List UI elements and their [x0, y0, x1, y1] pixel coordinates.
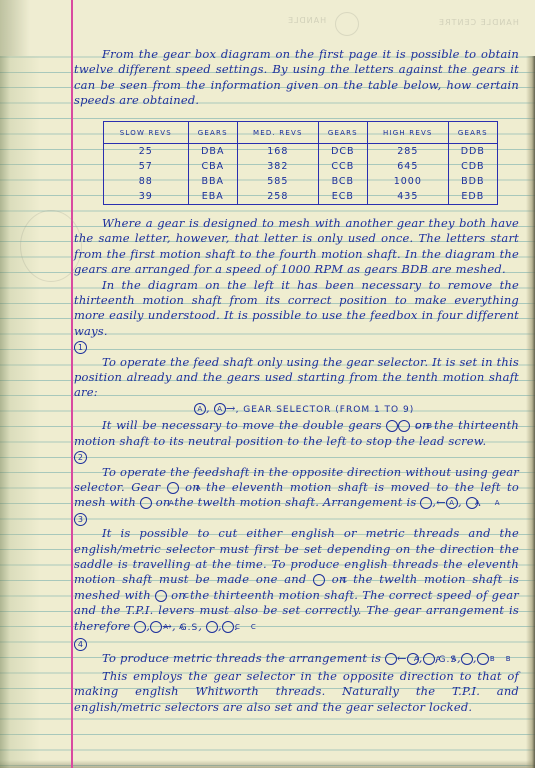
col-med-revs: MED. REVS [237, 122, 318, 144]
show-through-label-left: HANDLE [287, 16, 326, 25]
gear-c-circle: C [206, 621, 218, 633]
show-through-handle-drawing [335, 12, 359, 36]
notebook-page: HANDLE HANDLE CENTRE From the gear box d… [0, 0, 535, 768]
section-3: 3 It is possible to cut either english o… [74, 511, 519, 636]
col-high-revs: HIGH REVS [368, 122, 449, 144]
speed-gear-table: SLOW REVS GEARS MED. REVS GEARS HIGH REV… [103, 121, 498, 205]
gear-selector-abbrev: G.S [438, 655, 457, 665]
table-cell: 25 [104, 144, 189, 160]
table-row: 88 BBA 585 BCB 1000 BDB [104, 174, 498, 189]
gear-a-circle: A [134, 621, 146, 633]
section-2: 2 To operate the feedshaft in the opposi… [74, 449, 519, 511]
table-cell: DBA [188, 144, 237, 160]
table-cell: 258 [237, 189, 318, 205]
gear-a-circle: A [140, 497, 152, 509]
table-cell: 39 [104, 189, 189, 205]
section-4-text-2: This employs the gear selector in the op… [74, 669, 519, 715]
left-arrow-icon: ← [436, 495, 446, 509]
table-cell: EBA [188, 189, 237, 205]
section-number-3: 3 [74, 513, 87, 526]
gear-a-circle: A [385, 653, 397, 665]
letters-paragraph: Where a gear is designed to mesh with an… [74, 216, 519, 278]
table-cell: 57 [104, 159, 189, 174]
section-4: 4 To produce metric threads the arrangem… [74, 636, 519, 715]
left-arrow-icon: ← [397, 651, 407, 665]
table-cell: 585 [237, 174, 318, 189]
table-row: 57 CBA 382 CCB 645 CDB [104, 159, 498, 174]
gear-selector-abbrev: G.S [180, 623, 199, 633]
gear-a-arrow-circle: A [214, 403, 226, 415]
table-cell: DCB [318, 144, 367, 160]
section-4-text-1: To produce metric threads the arrangemen… [102, 651, 381, 665]
gear-a-circle: A [150, 621, 162, 633]
table-header-row: SLOW REVS GEARS MED. REVS GEARS HIGH REV… [104, 122, 498, 144]
table-cell: 88 [104, 174, 189, 189]
table-cell: DDB [448, 144, 497, 160]
col-gears-slow: GEARS [188, 122, 237, 144]
table-cell: CDB [448, 159, 497, 174]
table-row: 25 DBA 168 DCB 285 DDB [104, 144, 498, 160]
section-1-formula: A, A→, GEAR SELECTOR (FROM 1 TO 9) [74, 401, 519, 418]
double-gear-b-circle: B [398, 420, 410, 432]
gear-b-circle: B [461, 653, 473, 665]
section-2-text-3: on the twelth motion shaft. Arrangement … [156, 495, 417, 509]
section-2-text: To operate the feedshaft in the opposite… [74, 465, 519, 511]
section-3-text: It is possible to cut either english or … [74, 526, 519, 636]
gear-a-circle: A [194, 403, 206, 415]
gear-a-circle: A [167, 482, 179, 494]
section-4-text: To produce metric threads the arrangemen… [74, 651, 519, 668]
table-row: 39 EBA 258 ECB 435 EDB [104, 189, 498, 205]
double-gear-c-circle: C [386, 420, 398, 432]
section-number-2: 2 [74, 451, 87, 464]
section-1-followup: It will be necessary to move the double … [74, 418, 519, 449]
table-cell: ECB [318, 189, 367, 205]
gear-a-circle: A [420, 497, 432, 509]
table-cell: EDB [448, 189, 497, 205]
gear-selector-label: , GEAR SELECTOR (FROM 1 TO 9) [236, 405, 415, 415]
intro-paragraph: From the gear box diagram on the first p… [74, 47, 519, 109]
diagram-paragraph: In the diagram on the left it has been n… [74, 278, 519, 340]
table-cell: 285 [368, 144, 449, 160]
col-gears-med: GEARS [318, 122, 367, 144]
margin-line [71, 0, 73, 768]
right-arrow-icon: → [226, 401, 236, 415]
col-slow-revs: SLOW REVS [104, 122, 189, 144]
table-cell: BCB [318, 174, 367, 189]
table-cell: CCB [318, 159, 367, 174]
col-gears-high: GEARS [448, 122, 497, 144]
gear-c-circle: C [313, 574, 325, 586]
table-cell: CBA [188, 159, 237, 174]
body-block: Where a gear is designed to mesh with an… [74, 216, 519, 715]
table-cell: 435 [368, 189, 449, 205]
gear-c-circle: C [222, 621, 234, 633]
section-1-text: To operate the feed shaft only using the… [74, 355, 519, 401]
table-cell: 1000 [368, 174, 449, 189]
section-1: 1 To operate the feed shaft only using t… [74, 339, 519, 449]
show-through-gear-drawing [20, 210, 82, 282]
intro-block: From the gear box diagram on the first p… [74, 47, 519, 109]
section-number-1: 1 [74, 341, 87, 354]
table-cell: BDB [448, 174, 497, 189]
right-arrow-icon: → [162, 619, 172, 633]
gear-c-circle: C [155, 590, 167, 602]
gear-a-circle: A [423, 653, 435, 665]
gear-a-circle: A [446, 497, 458, 509]
followup-text-1: It will be necessary to move the double … [102, 418, 382, 432]
gear-b-circle: B [477, 653, 489, 665]
table-cell: 382 [237, 159, 318, 174]
show-through-label-right: HANDLE CENTRE [438, 18, 519, 27]
table-cell: BBA [188, 174, 237, 189]
gear-a-circle: A [466, 497, 478, 509]
section-number-4: 4 [74, 638, 87, 651]
table-cell: 645 [368, 159, 449, 174]
table-cell: 168 [237, 144, 318, 160]
